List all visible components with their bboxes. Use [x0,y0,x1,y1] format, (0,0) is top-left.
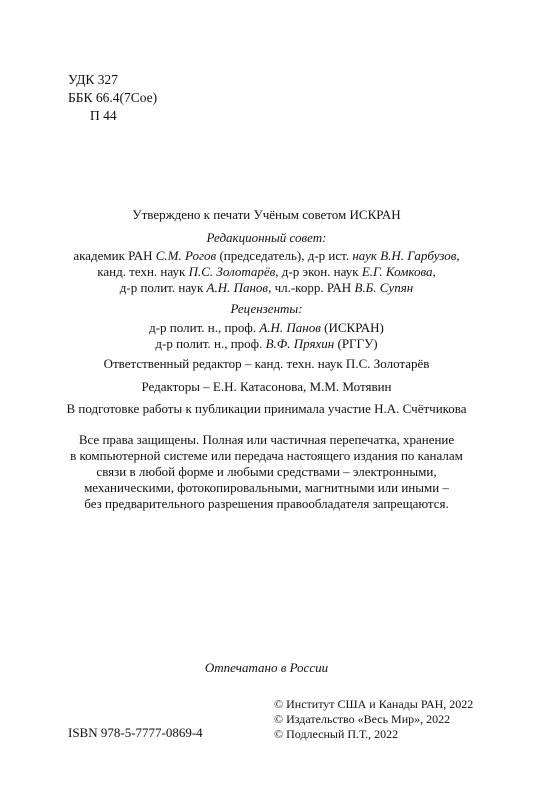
person-name: наук В.Н. Гарбузов, [352,248,459,263]
text-segment: канд. техн. наук [97,264,188,279]
rights-line: в компьютерной системе или передача наст… [0,448,533,464]
copyright-line: © Издательство «Весь Мир», 2022 [274,712,450,727]
rights-line: связи в любой форме и любыми средствами … [0,464,533,480]
text-segment: д-р полит. н., проф. [149,320,259,335]
copyright-line: © Подлесный П.Т., 2022 [274,727,398,742]
editorial-board-line: академик РАН С.М. Рогов (председатель), … [0,248,533,264]
person-name: С.М. Рогов [156,248,216,263]
author-mark: П 44 [90,108,117,124]
text-segment: д-р полит. наук [120,280,207,295]
text-segment: (ИСКРАН) [321,320,384,335]
person-name: Е.Г. Комкова, [362,264,436,279]
reviewer-line: д-р полит. н., проф. В.Ф. Пряхин (РГГУ) [0,336,533,352]
text-segment: академик РАН [73,248,155,263]
text-segment: (председатель), д-р ист. [216,248,352,263]
printed-in: Отпечатано в России [0,660,533,676]
text-segment: , д-р экон. наук [275,264,362,279]
rights-line: механическими, фотокопировальными, магни… [0,480,533,496]
editorial-board-line: д-р полит. наук А.Н. Панов, чл.-корр. РА… [0,280,533,296]
reviewer-line: д-р полит. н., проф. А.Н. Панов (ИСКРАН) [0,320,533,336]
copyright-line: © Институт США и Канады РАН, 2022 [274,697,473,712]
participation-note: В подготовке работы к публикации принима… [0,401,533,417]
rights-line: Все права защищены. Полная или частичная… [0,432,533,448]
text-segment: д-р полит. н., проф. [155,336,265,351]
text-segment: , чл.-корр. РАН [268,280,354,295]
person-name: В.Ф. Пряхин [266,336,335,351]
person-name: В.Б. Супян [354,280,413,295]
reviewers-heading: Рецензенты: [0,301,533,317]
responsible-editor: Ответственный редактор – канд. техн. нау… [0,356,533,372]
person-name: А.Н. Панов [207,280,269,295]
text-segment: (РГГУ) [334,336,377,351]
person-name: П.С. Золотарёв [189,264,276,279]
rights-line: без предварительного разрешения правообл… [0,496,533,512]
editors: Редакторы – Е.Н. Катасонова, М.М. Мотяви… [0,379,533,395]
person-name: А.Н. Панов [259,320,321,335]
editorial-board-line: канд. техн. наук П.С. Золотарёв, д-р эко… [0,264,533,280]
isbn: ISBN 978-5-7777-0869-4 [68,725,203,741]
approval-statement: Утверждено к печати Учёным советом ИСКРА… [0,207,533,223]
bbk-code: ББК 66.4(7Сое) [68,90,157,106]
udk-code: УДК 327 [68,72,118,88]
editorial-board-heading: Редакционный совет: [0,230,533,246]
